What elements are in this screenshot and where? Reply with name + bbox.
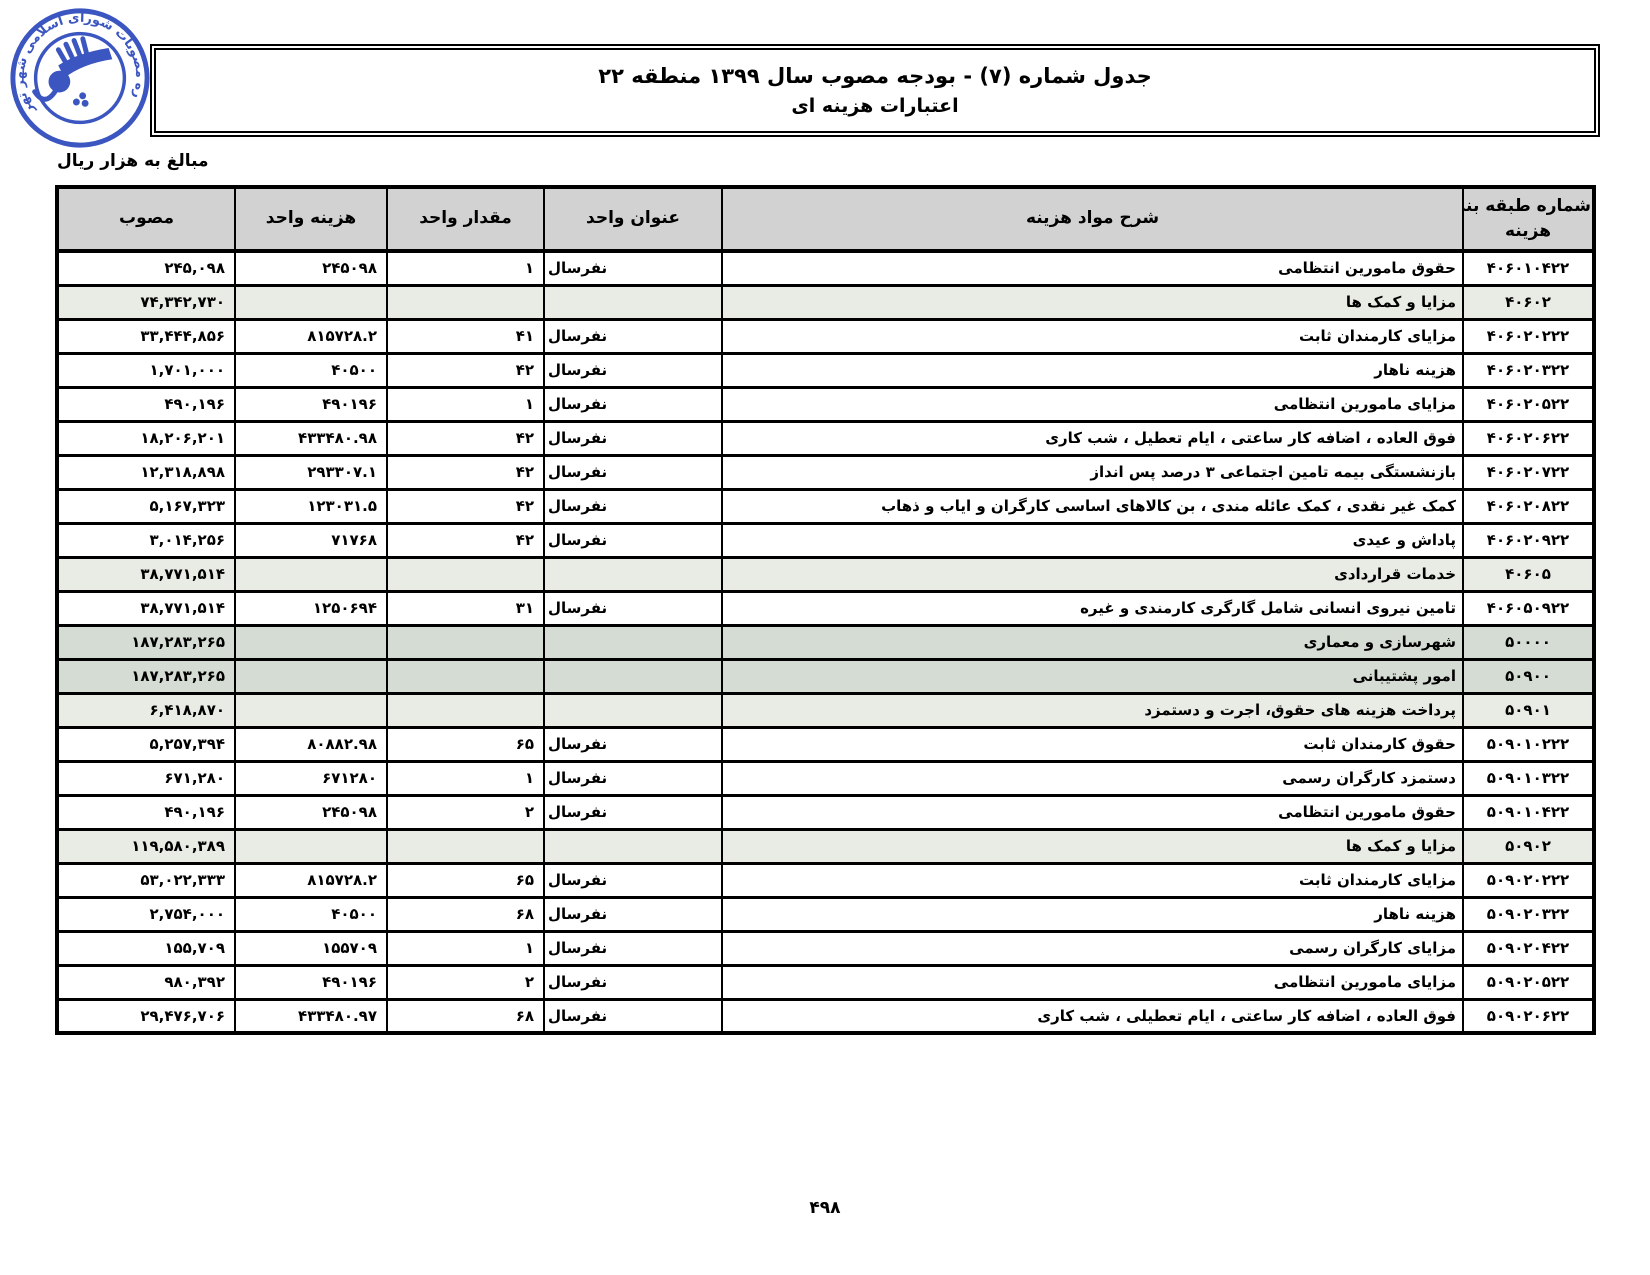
cell-description: مزایای مامورین انتظامی bbox=[722, 965, 1463, 999]
cell-description: بازنشستگی بیمه تامین اجتماعی ۳ درصد پس ا… bbox=[722, 455, 1463, 489]
cell-unit-title bbox=[544, 693, 722, 727]
table-header-row: شماره طبقه بندی هزینه شرح مواد هزینه عنو… bbox=[57, 187, 1594, 251]
cell-unit-title bbox=[544, 625, 722, 659]
cell-unit-title: نفرسال bbox=[544, 489, 722, 523]
cell-classification-code: ۵۰۹۰۲۰۶۲۲ bbox=[1463, 999, 1594, 1033]
cell-classification-code: ۴۰۶۰۲۰۵۲۲ bbox=[1463, 387, 1594, 421]
cell-description: کمک غیر نقدی ، کمک عائله مندی ، بن کالاه… bbox=[722, 489, 1463, 523]
cell-approved: ۳۸,۷۷۱,۵۱۴ bbox=[57, 591, 235, 625]
table-row: ۵۰۹۰۲۰۶۲۲ فوق العاده ، اضافه کار ساعتی ،… bbox=[57, 999, 1594, 1033]
table-row: ۵۰۹۰۱ پرداخت هزینه های حقوق، اجرت و دستم… bbox=[57, 693, 1594, 727]
table-row: ۴۰۶۰۲ مزایا و کمک ها ۷۴,۳۴۲,۷۳۰ bbox=[57, 285, 1594, 319]
cell-unit-quantity bbox=[387, 693, 544, 727]
cell-unit-quantity bbox=[387, 557, 544, 591]
cell-approved: ۲۴۵,۰۹۸ bbox=[57, 251, 235, 285]
cell-classification-code: ۵۰۹۰۱۰۳۲۲ bbox=[1463, 761, 1594, 795]
cell-classification-code: ۵۰۹۰۱ bbox=[1463, 693, 1594, 727]
cell-unit-cost: ۶۷۱۲۸۰ bbox=[235, 761, 387, 795]
table-row: ۵۰۹۰۲۰۳۲۲ هزینه ناهار نفرسال ۶۸ ۴۰۵۰۰ ۲,… bbox=[57, 897, 1594, 931]
cell-classification-code: ۵۰۹۰۲۰۵۲۲ bbox=[1463, 965, 1594, 999]
cell-description: تامین نیروی انسانی شامل گارگری کارمندی و… bbox=[722, 591, 1463, 625]
cell-unit-cost bbox=[235, 557, 387, 591]
cell-approved: ۴۹۰,۱۹۶ bbox=[57, 387, 235, 421]
cell-classification-code: ۴۰۶۰۲۰۲۲۲ bbox=[1463, 319, 1594, 353]
table-row: ۵۰۰۰۰ شهرسازی و معماری ۱۸۷,۲۸۳,۲۶۵ bbox=[57, 625, 1594, 659]
cell-description: پاداش و عیدی bbox=[722, 523, 1463, 557]
cell-unit-title: نفرسال bbox=[544, 591, 722, 625]
cell-approved: ۶,۴۱۸,۸۷۰ bbox=[57, 693, 235, 727]
cell-approved: ۵۳,۰۲۲,۳۳۳ bbox=[57, 863, 235, 897]
cell-classification-code: ۵۰۹۰۲۰۲۲۲ bbox=[1463, 863, 1594, 897]
table-row: ۵۰۹۰۲۰۵۲۲ مزایای مامورین انتظامی نفرسال … bbox=[57, 965, 1594, 999]
cell-unit-quantity: ۴۲ bbox=[387, 421, 544, 455]
cell-unit-quantity: ۶۸ bbox=[387, 999, 544, 1033]
cell-unit-cost: ۲۴۵۰۹۸ bbox=[235, 795, 387, 829]
cell-unit-cost: ۴۹۰۱۹۶ bbox=[235, 387, 387, 421]
cell-approved: ۵,۲۵۷,۳۹۴ bbox=[57, 727, 235, 761]
cell-unit-title: نفرسال bbox=[544, 897, 722, 931]
cell-classification-code: ۵۰۹۰۰ bbox=[1463, 659, 1594, 693]
cell-approved: ۳,۰۱۴,۲۵۶ bbox=[57, 523, 235, 557]
cell-unit-title: نفرسال bbox=[544, 965, 722, 999]
cell-unit-title bbox=[544, 285, 722, 319]
header-classification-code: شماره طبقه بندی هزینه bbox=[1463, 187, 1594, 251]
cell-unit-title: نفرسال bbox=[544, 421, 722, 455]
budget-table: شماره طبقه بندی هزینه شرح مواد هزینه عنو… bbox=[55, 185, 1596, 1035]
document-page: { "header": { "title_line1": "جدول شماره… bbox=[0, 0, 1650, 1275]
cell-unit-quantity: ۱ bbox=[387, 251, 544, 285]
cell-unit-quantity: ۶۵ bbox=[387, 727, 544, 761]
header-unit-title: عنوان واحد bbox=[544, 187, 722, 251]
cell-classification-code: ۵۰۹۰۲ bbox=[1463, 829, 1594, 863]
cell-unit-title bbox=[544, 659, 722, 693]
cell-unit-quantity bbox=[387, 285, 544, 319]
cell-unit-quantity: ۳۱ bbox=[387, 591, 544, 625]
cell-description: فوق العاده ، اضافه کار ساعتی ، ایام تعطی… bbox=[722, 999, 1463, 1033]
cell-approved: ۲,۷۵۴,۰۰۰ bbox=[57, 897, 235, 931]
table-row: ۴۰۶۰۲۰۲۲۲ مزایای کارمندان ثابت نفرسال ۴۱… bbox=[57, 319, 1594, 353]
cell-classification-code: ۴۰۶۰۲۰۷۲۲ bbox=[1463, 455, 1594, 489]
cell-approved: ۶۷۱,۲۸۰ bbox=[57, 761, 235, 795]
cell-approved: ۱,۷۰۱,۰۰۰ bbox=[57, 353, 235, 387]
cell-unit-cost: ۱۵۵۷۰۹ bbox=[235, 931, 387, 965]
cell-unit-title: نفرسال bbox=[544, 999, 722, 1033]
cell-unit-quantity: ۴۲ bbox=[387, 455, 544, 489]
table-row: ۵۰۹۰۰ امور پشتیبانی ۱۸۷,۲۸۳,۲۶۵ bbox=[57, 659, 1594, 693]
cell-unit-title: نفرسال bbox=[544, 727, 722, 761]
cell-description: مزایای کارگران رسمی bbox=[722, 931, 1463, 965]
table-row: ۵۰۹۰۲۰۲۲۲ مزایای کارمندان ثابت نفرسال ۶۵… bbox=[57, 863, 1594, 897]
header-description: شرح مواد هزینه bbox=[722, 187, 1463, 251]
cell-classification-code: ۵۰۹۰۱۰۴۲۲ bbox=[1463, 795, 1594, 829]
table-row: ۴۰۶۰۵۰۹۲۲ تامین نیروی انسانی شامل گارگری… bbox=[57, 591, 1594, 625]
cell-description: مزایای مامورین انتظامی bbox=[722, 387, 1463, 421]
cell-approved: ۱۸,۲۰۶,۲۰۱ bbox=[57, 421, 235, 455]
cell-description: مزایای کارمندان ثابت bbox=[722, 863, 1463, 897]
table-row: ۴۰۶۰۲۰۸۲۲ کمک غیر نقدی ، کمک عائله مندی … bbox=[57, 489, 1594, 523]
cell-unit-cost: ۴۳۳۴۸۰.۹۷ bbox=[235, 999, 387, 1033]
cell-unit-cost: ۲۹۳۳۰۷.۱ bbox=[235, 455, 387, 489]
cell-unit-title bbox=[544, 829, 722, 863]
cell-approved: ۱۵۵,۷۰۹ bbox=[57, 931, 235, 965]
cell-approved: ۳۳,۴۴۴,۸۵۶ bbox=[57, 319, 235, 353]
cell-classification-code: ۴۰۶۰۲۰۳۲۲ bbox=[1463, 353, 1594, 387]
cell-description: خدمات قراردادی bbox=[722, 557, 1463, 591]
cell-description: مزایا و کمک ها bbox=[722, 285, 1463, 319]
document-subtitle: اعتبارات هزینه ای bbox=[791, 95, 958, 117]
cell-approved: ۵,۱۶۷,۳۲۳ bbox=[57, 489, 235, 523]
cell-classification-code: ۵۰۹۰۱۰۲۲۲ bbox=[1463, 727, 1594, 761]
table-row: ۴۰۶۰۲۰۹۲۲ پاداش و عیدی نفرسال ۴۲ ۷۱۷۶۸ ۳… bbox=[57, 523, 1594, 557]
table-row: ۴۰۶۰۲۰۶۲۲ فوق العاده ، اضافه کار ساعتی ،… bbox=[57, 421, 1594, 455]
cell-unit-cost: ۲۴۵۰۹۸ bbox=[235, 251, 387, 285]
cell-description: حقوق کارمندان ثابت bbox=[722, 727, 1463, 761]
cell-unit-quantity: ۴۲ bbox=[387, 523, 544, 557]
cell-unit-title bbox=[544, 557, 722, 591]
council-stamp-graphic: اداره مصوبات شورای اسلامی شهر تهران bbox=[6, 2, 154, 154]
cell-classification-code: ۵۰۹۰۲۰۳۲۲ bbox=[1463, 897, 1594, 931]
table-row: ۴۰۶۰۲۰۳۲۲ هزینه ناهار نفرسال ۴۲ ۴۰۵۰۰ ۱,… bbox=[57, 353, 1594, 387]
cell-unit-title: نفرسال bbox=[544, 455, 722, 489]
cell-unit-title: نفرسال bbox=[544, 251, 722, 285]
cell-unit-quantity bbox=[387, 625, 544, 659]
cell-classification-code: ۴۰۶۰۵ bbox=[1463, 557, 1594, 591]
cell-unit-quantity: ۴۲ bbox=[387, 353, 544, 387]
header-unit-cost: هزینه واحد bbox=[235, 187, 387, 251]
cell-unit-title: نفرسال bbox=[544, 863, 722, 897]
cell-unit-quantity: ۲ bbox=[387, 965, 544, 999]
cell-classification-code: ۴۰۶۰۲۰۹۲۲ bbox=[1463, 523, 1594, 557]
units-note: مبالغ به هزار ریال bbox=[57, 151, 209, 171]
cell-approved: ۳۸,۷۷۱,۵۱۴ bbox=[57, 557, 235, 591]
document-title: جدول شماره (۷) - بودجه مصوب سال ۱۳۹۹ منط… bbox=[598, 64, 1151, 88]
cell-description: مزایا و کمک ها bbox=[722, 829, 1463, 863]
cell-unit-cost: ۷۱۷۶۸ bbox=[235, 523, 387, 557]
cell-approved: ۷۴,۳۴۲,۷۳۰ bbox=[57, 285, 235, 319]
cell-unit-title: نفرسال bbox=[544, 353, 722, 387]
cell-unit-cost: ۱۲۵۰۶۹۴ bbox=[235, 591, 387, 625]
cell-description: هزینه ناهار bbox=[722, 897, 1463, 931]
cell-approved: ۱۲,۳۱۸,۸۹۸ bbox=[57, 455, 235, 489]
cell-unit-cost bbox=[235, 625, 387, 659]
cell-description: دستمزد کارگران رسمی bbox=[722, 761, 1463, 795]
cell-approved: ۱۸۷,۲۸۳,۲۶۵ bbox=[57, 625, 235, 659]
cell-approved: ۹۸۰,۳۹۲ bbox=[57, 965, 235, 999]
cell-unit-quantity bbox=[387, 829, 544, 863]
title-box: جدول شماره (۷) - بودجه مصوب سال ۱۳۹۹ منط… bbox=[150, 44, 1600, 137]
table-row: ۵۰۹۰۱۰۲۲۲ حقوق کارمندان ثابت نفرسال ۶۵ ۸… bbox=[57, 727, 1594, 761]
cell-description: امور پشتیبانی bbox=[722, 659, 1463, 693]
cell-approved: ۱۱۹,۵۸۰,۳۸۹ bbox=[57, 829, 235, 863]
cell-unit-cost bbox=[235, 829, 387, 863]
cell-description: شهرسازی و معماری bbox=[722, 625, 1463, 659]
header-classification-code-line1: شماره طبقه بندی bbox=[1465, 194, 1591, 220]
cell-description: حقوق مامورین انتظامی bbox=[722, 795, 1463, 829]
cell-unit-quantity: ۱ bbox=[387, 931, 544, 965]
cell-classification-code: ۵۰۰۰۰ bbox=[1463, 625, 1594, 659]
cell-unit-quantity: ۶۸ bbox=[387, 897, 544, 931]
table-row: ۴۰۶۰۵ خدمات قراردادی ۳۸,۷۷۱,۵۱۴ bbox=[57, 557, 1594, 591]
table-row: ۴۰۶۰۲۰۵۲۲ مزایای مامورین انتظامی نفرسال … bbox=[57, 387, 1594, 421]
cell-unit-cost: ۴۰۵۰۰ bbox=[235, 353, 387, 387]
cell-unit-title: نفرسال bbox=[544, 523, 722, 557]
header-unit-quantity: مقدار واحد bbox=[387, 187, 544, 251]
cell-unit-cost bbox=[235, 285, 387, 319]
cell-unit-cost: ۴۳۳۴۸۰.۹۸ bbox=[235, 421, 387, 455]
header-classification-code-line2: هزینه bbox=[1465, 219, 1591, 245]
cell-description: مزایای کارمندان ثابت bbox=[722, 319, 1463, 353]
cell-classification-code: ۵۰۹۰۲۰۴۲۲ bbox=[1463, 931, 1594, 965]
cell-unit-quantity: ۴۱ bbox=[387, 319, 544, 353]
cell-approved: ۱۸۷,۲۸۳,۲۶۵ bbox=[57, 659, 235, 693]
cell-unit-cost: ۸۰۸۸۲.۹۸ bbox=[235, 727, 387, 761]
budget-table-body: ۴۰۶۰۱۰۴۲۲ حقوق مامورین انتظامی نفرسال ۱ … bbox=[57, 251, 1594, 1033]
cell-classification-code: ۴۰۶۰۲۰۶۲۲ bbox=[1463, 421, 1594, 455]
cell-unit-quantity: ۴۲ bbox=[387, 489, 544, 523]
cell-unit-quantity bbox=[387, 659, 544, 693]
cell-unit-cost bbox=[235, 693, 387, 727]
cell-unit-quantity: ۱ bbox=[387, 387, 544, 421]
cell-unit-title: نفرسال bbox=[544, 761, 722, 795]
cell-description: هزینه ناهار bbox=[722, 353, 1463, 387]
cell-classification-code: ۴۰۶۰۲۰۸۲۲ bbox=[1463, 489, 1594, 523]
cell-unit-cost: ۸۱۵۷۲۸.۲ bbox=[235, 319, 387, 353]
cell-description: پرداخت هزینه های حقوق، اجرت و دستمزد bbox=[722, 693, 1463, 727]
table-row: ۵۰۹۰۲۰۴۲۲ مزایای کارگران رسمی نفرسال ۱ ۱… bbox=[57, 931, 1594, 965]
cell-unit-title: نفرسال bbox=[544, 795, 722, 829]
cell-description: فوق العاده ، اضافه کار ساعتی ، ایام تعطی… bbox=[722, 421, 1463, 455]
table-row: ۴۰۶۰۲۰۷۲۲ بازنشستگی بیمه تامین اجتماعی ۳… bbox=[57, 455, 1594, 489]
stamp-inner-ring bbox=[30, 28, 130, 128]
page-number: ۴۹۸ bbox=[0, 1198, 1650, 1218]
cell-description: حقوق مامورین انتظامی bbox=[722, 251, 1463, 285]
table-row: ۴۰۶۰۱۰۴۲۲ حقوق مامورین انتظامی نفرسال ۱ … bbox=[57, 251, 1594, 285]
cell-approved: ۴۹۰,۱۹۶ bbox=[57, 795, 235, 829]
cell-unit-cost: ۴۰۵۰۰ bbox=[235, 897, 387, 931]
cell-unit-title: نفرسال bbox=[544, 319, 722, 353]
table-row: ۵۰۹۰۱۰۴۲۲ حقوق مامورین انتظامی نفرسال ۲ … bbox=[57, 795, 1594, 829]
cell-unit-cost: ۴۹۰۱۹۶ bbox=[235, 965, 387, 999]
cell-classification-code: ۴۰۶۰۱۰۴۲۲ bbox=[1463, 251, 1594, 285]
cell-unit-quantity: ۶۵ bbox=[387, 863, 544, 897]
cell-unit-cost: ۱۲۳۰۳۱.۵ bbox=[235, 489, 387, 523]
table-row: ۵۰۹۰۱۰۳۲۲ دستمزد کارگران رسمی نفرسال ۱ ۶… bbox=[57, 761, 1594, 795]
cell-unit-cost: ۸۱۵۷۲۸.۲ bbox=[235, 863, 387, 897]
cell-approved: ۲۹,۴۷۶,۷۰۶ bbox=[57, 999, 235, 1033]
cell-unit-quantity: ۲ bbox=[387, 795, 544, 829]
table-row: ۵۰۹۰۲ مزایا و کمک ها ۱۱۹,۵۸۰,۳۸۹ bbox=[57, 829, 1594, 863]
cell-classification-code: ۴۰۶۰۵۰۹۲۲ bbox=[1463, 591, 1594, 625]
cell-unit-title: نفرسال bbox=[544, 387, 722, 421]
council-stamp: اداره مصوبات شورای اسلامی شهر تهران bbox=[6, 2, 154, 154]
cell-unit-title: نفرسال bbox=[544, 931, 722, 965]
cell-classification-code: ۴۰۶۰۲ bbox=[1463, 285, 1594, 319]
cell-unit-cost bbox=[235, 659, 387, 693]
header-approved: مصوب bbox=[57, 187, 235, 251]
cell-unit-quantity: ۱ bbox=[387, 761, 544, 795]
